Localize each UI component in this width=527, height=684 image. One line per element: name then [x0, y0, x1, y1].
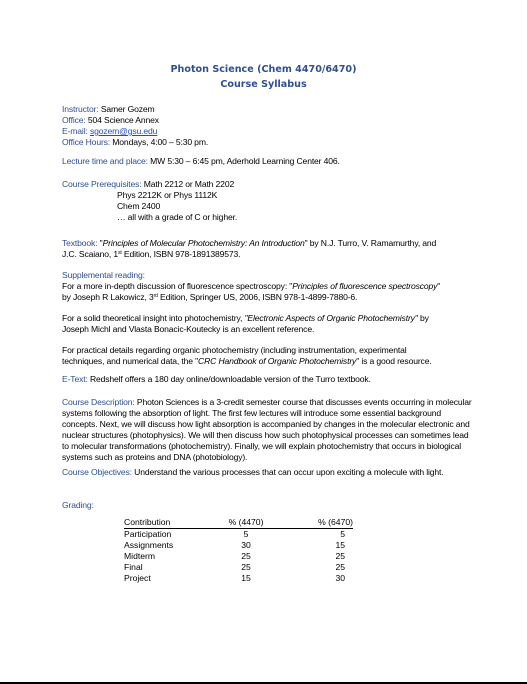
instructor-line: Instructor: Samer Gozem [62, 104, 477, 115]
etext-label: E-Text: [62, 374, 88, 384]
percent-6470-cell: 5 [296, 529, 353, 541]
office-value: 504 Science Annex [88, 115, 159, 125]
percent-4470-cell: 25 [196, 551, 296, 562]
instructor-name: Samer Gozem [101, 104, 155, 114]
supp-text: For a solid theoretical insight into pho… [62, 313, 244, 323]
syllabus-title: Photon Science (Chem 4470/6470) [0, 62, 527, 77]
lecture-line: Lecture time and place: MW 5:30 – 6:45 p… [62, 156, 477, 167]
textbook-edition: J.C. Scaiano, 1 [62, 249, 118, 259]
description-label: Course Description: [62, 397, 135, 407]
supp-text: by [418, 313, 429, 323]
etext-line: E-Text: Redshelf offers a 180 day online… [62, 374, 477, 385]
percent-6470-cell: 30 [296, 573, 353, 584]
supp-text: techniques, and numerical data, the " [62, 356, 198, 366]
instructor-block: Instructor: Samer Gozem Office: 504 Scie… [62, 104, 477, 148]
prerequisite-item: … all with a grade of C or higher. [62, 212, 477, 223]
textbook-label: Textbook: [62, 238, 97, 248]
description-block: Course Description: Photon Sciences is a… [62, 397, 477, 463]
office-hours-value: Mondays, 4:00 – 5:30 pm. [112, 137, 208, 147]
office-hours-label: Office Hours: [62, 137, 110, 147]
supp-title-electronic: "Electronic Aspects of Organic Photochem… [244, 313, 417, 323]
contribution-cell: Final [124, 562, 196, 573]
textbook-title: Principles of Molecular Photochemistry: … [103, 238, 305, 248]
prerequisites-label: Course Prerequisites: [62, 179, 141, 189]
supp-text: by Joseph R Lakowicz, 3 [62, 292, 154, 302]
supp-text: Edition, Springer US, 2006, ISBN 978-1-4… [158, 292, 358, 302]
supp-text: " is a good resource. [356, 356, 431, 366]
contribution-cell: Project [124, 573, 196, 584]
header-4470: % (4470) [196, 517, 296, 529]
email-link[interactable]: sgozem@gsu.edu [90, 126, 157, 136]
objectives-block: Course Objectives: Understand the variou… [62, 467, 477, 478]
percent-6470-cell: 15 [296, 540, 353, 551]
contribution-cell: Assignments [124, 540, 196, 551]
supplemental-label: Supplemental reading: [62, 270, 477, 281]
header-contribution: Contribution [124, 517, 196, 529]
table-row: Assignments3015 [124, 540, 353, 551]
prerequisite-item: Math 2212 or Math 2202 [144, 179, 234, 189]
contribution-cell: Midterm [124, 551, 196, 562]
lecture-value: MW 5:30 – 6:45 pm, Aderhold Learning Cen… [150, 156, 340, 166]
office-line: Office: 504 Science Annex [62, 115, 477, 126]
objectives-label: Course Objectives: [62, 467, 132, 477]
table-row: Midterm2525 [124, 551, 353, 562]
textbook-block: Textbook: "Principles of Molecular Photo… [62, 238, 477, 260]
table-row: Project1530 [124, 573, 353, 584]
percent-4470-cell: 15 [196, 573, 296, 584]
prerequisite-item: Phys 2212K or Phys 1112K [62, 190, 477, 201]
grading-header-row: Contribution % (4470) % (6470) [124, 517, 353, 529]
header-6470: % (6470) [296, 517, 353, 529]
textbook-isbn: Edition, ISBN 978-1891389573. [122, 249, 241, 259]
supp-text: For practical details regarding organic … [62, 345, 477, 356]
supplemental-block: Supplemental reading: For a more in-dept… [62, 270, 477, 367]
percent-6470-cell: 25 [296, 551, 353, 562]
percent-4470-cell: 25 [196, 562, 296, 573]
objectives-value: Understand the various processes that ca… [132, 467, 444, 477]
percent-6470-cell: 25 [296, 562, 353, 573]
contribution-cell: Participation [124, 529, 196, 541]
email-label: E-mail: [62, 126, 88, 136]
office-hours-line: Office Hours: Mondays, 4:00 – 5:30 pm. [62, 137, 477, 148]
percent-4470-cell: 30 [196, 540, 296, 551]
textbook-authors: " by N.J. Turro, V. Ramamurthy, and [305, 238, 437, 248]
supp-text: Joseph Michl and Vlasta Bonacic-Koutecky… [62, 324, 477, 335]
grading-table: Contribution % (4470) % (6470) Participa… [124, 517, 353, 584]
prerequisite-item: Chem 2400 [62, 201, 477, 212]
supp-title-crc: CRC Handbook of Organic Photochemistry [198, 356, 356, 366]
prerequisites-block: Course Prerequisites: Math 2212 or Math … [62, 179, 477, 223]
office-label: Office: [62, 115, 86, 125]
instructor-label: Instructor: [62, 104, 99, 114]
table-row: Final2525 [124, 562, 353, 573]
supp-title-fluorescence: Principles of fluorescence spectroscopy [292, 281, 437, 291]
supp-text: For a more in-depth discussion of fluore… [62, 281, 292, 291]
supp-text: " [437, 281, 440, 291]
etext-value: Redshelf offers a 180 day online/downloa… [88, 374, 371, 384]
syllabus-subtitle: Course Syllabus [0, 77, 527, 92]
lecture-label: Lecture time and place: [62, 156, 148, 166]
grading-label: Grading: [62, 500, 477, 511]
email-line: E-mail: sgozem@gsu.edu [62, 126, 477, 137]
table-row: Participation55 [124, 529, 353, 541]
percent-4470-cell: 5 [196, 529, 296, 541]
